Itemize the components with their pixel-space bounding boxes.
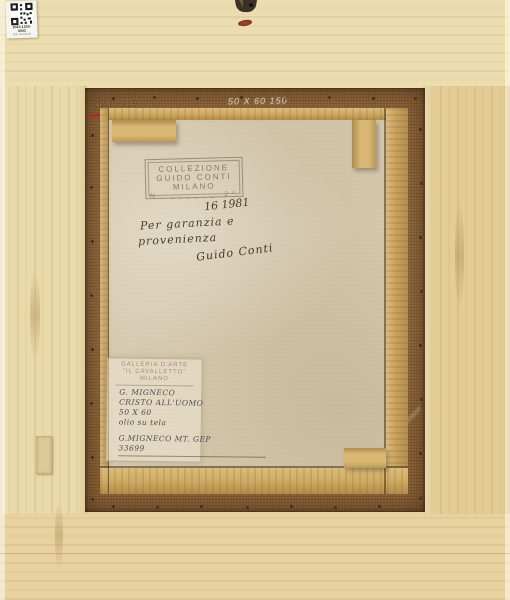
label-technique: olio su tela	[109, 417, 199, 428]
wood-knot	[455, 200, 464, 310]
label-header: MILANO	[109, 375, 199, 383]
frame-grain-line	[0, 553, 510, 554]
inventory-sticker: 2023-1220-0003 lotto inventario	[5, 0, 37, 38]
gallery-label: GALLERIA D'ARTE "IL CAVALLETTO" MILANO G…	[105, 357, 202, 462]
frame-repair-block	[36, 436, 52, 474]
sticker-subline: lotto inventario	[9, 33, 34, 37]
wood-knot	[55, 500, 63, 570]
frame-top-plank	[0, 0, 510, 90]
stretcher-wedge	[344, 448, 386, 468]
collection-stamp-border: COLLEZIONE GUIDO CONTI MILANO N. ______ …	[148, 160, 241, 196]
hanging-hook-icon	[231, 0, 261, 13]
frame-left-edge-highlight	[0, 0, 5, 600]
chalk-mark-center: 50 X 60 150	[228, 95, 288, 106]
stretcher-bar-top	[100, 108, 408, 120]
label-rule	[116, 384, 193, 386]
qr-code-icon	[10, 3, 33, 26]
nail-heads	[0, 0, 3, 3]
frame-bottom-plank	[0, 510, 510, 600]
label-footer: 33699	[108, 443, 198, 454]
stretcher-wedge	[112, 120, 176, 142]
stretcher-bar-right	[386, 108, 408, 494]
collection-stamp: COLLEZIONE GUIDO CONTI MILANO N. ______ …	[144, 157, 243, 200]
stretcher-seam	[384, 108, 386, 494]
frame-right-plank	[423, 86, 510, 514]
wood-knot	[30, 270, 40, 360]
painting-verso-photo: 2023-1220-0003 lotto inventario CAT. 919…	[0, 0, 510, 600]
stretcher-bar-bottom	[100, 468, 408, 494]
stretcher-wedge	[352, 120, 376, 168]
frame-right-edge-highlight	[505, 0, 510, 600]
